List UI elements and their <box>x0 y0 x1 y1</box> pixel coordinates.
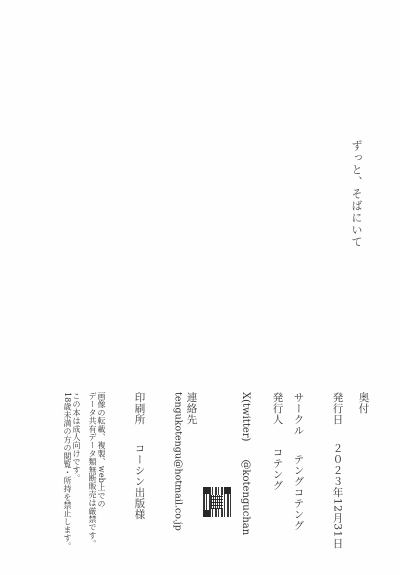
circle-row: サークルテングコテング <box>293 392 304 531</box>
circle-value: テングコテング <box>293 454 305 531</box>
publisher-label: 発行人 <box>272 392 284 425</box>
qr-code-icon <box>203 487 231 517</box>
printer-value: コーシン出版様 <box>134 443 146 520</box>
x-twitter-row: X(twitter)@kotenguchan <box>240 392 250 535</box>
circle-label: サークル <box>293 392 305 436</box>
notice-adult-line2: 18歳未満の方の閲覧・所持を禁止します。 <box>63 392 71 550</box>
publisher-row: 発行人コテング <box>272 392 283 491</box>
notice-adult-line1: この本は成人向けです。 <box>72 392 80 482</box>
colophon-page: ずっと、そばにいて 奥付 発行日２０２３年12月31日 サークルテングコテング … <box>0 0 400 575</box>
notice-reproduction-line2: データ共有データ類無断販売は厳禁です。 <box>88 392 96 548</box>
x-label: X(twitter) <box>240 392 251 441</box>
notice-reproduction-line1: 画像の転載、複製、web上での <box>97 392 105 508</box>
printer-label: 印刷所 <box>134 392 146 425</box>
publish-date-row: 発行日２０２３年12月31日 <box>332 392 343 549</box>
x-handle[interactable]: @kotenguchan <box>240 459 251 535</box>
book-title: ずっと、そばにいて <box>351 140 362 248</box>
publisher-value: コテング <box>272 447 284 491</box>
colophon-heading: 奥付 <box>358 392 369 414</box>
publish-date-value: ２０２３年12月31日 <box>332 443 344 549</box>
publish-date-label: 発行日 <box>332 392 344 425</box>
printer-row: 印刷所コーシン出版様 <box>134 392 145 520</box>
contact-label: 連絡先 <box>186 392 197 425</box>
contact-email[interactable]: tengukotengu@hotmail.co.jp <box>173 392 183 531</box>
